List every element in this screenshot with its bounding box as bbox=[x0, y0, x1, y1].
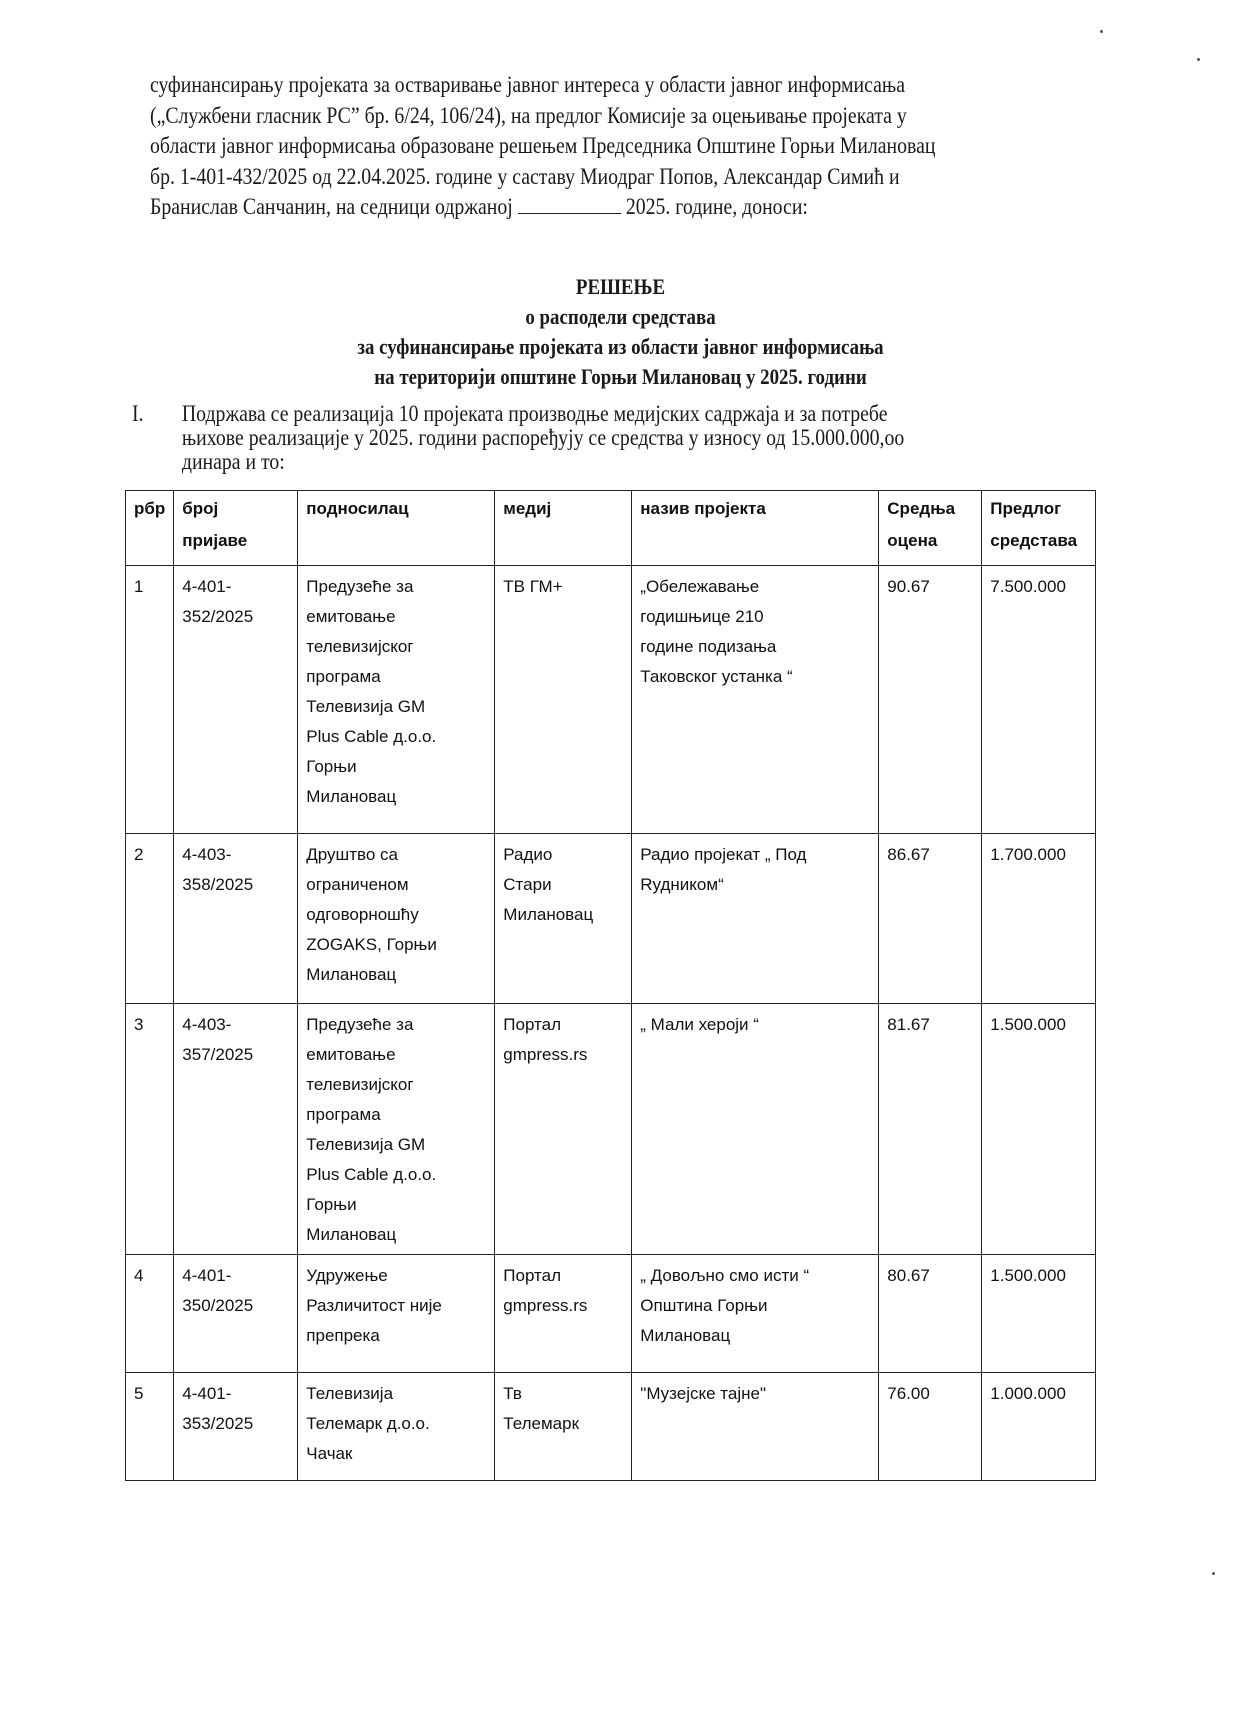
intro-line: области јавног информисања образоване ре… bbox=[150, 131, 1126, 162]
table-body: 14-401-352/2025Предузеће заемитовањетеле… bbox=[126, 566, 1096, 1481]
header-podnosilac: подносилац bbox=[298, 491, 495, 566]
document-page: суфинансирању пројеката за остваривање ј… bbox=[0, 0, 1241, 1722]
cell-podnosilac-line: Милановац bbox=[306, 960, 486, 990]
scan-speck bbox=[1212, 1572, 1215, 1575]
cell-podnosilac-line: Предузеће за bbox=[306, 572, 486, 602]
cell-broj-line: 4-403- bbox=[182, 840, 289, 870]
cell-naziv-line: „ Довољно смо исти “ bbox=[640, 1261, 870, 1291]
cell-medij-line: Стари bbox=[503, 870, 623, 900]
title-line: о расподели средстава bbox=[87, 302, 1154, 332]
cell-podnosilac: Предузеће заемитовањетелевизијскогпрогра… bbox=[298, 1004, 495, 1255]
cell-medij-line: gmpress.rs bbox=[503, 1291, 623, 1321]
cell-rbr: 3 bbox=[126, 1004, 174, 1255]
cell-naziv-line: „ Мали хероји “ bbox=[640, 1010, 870, 1040]
cell-broj-line: 350/2025 bbox=[182, 1291, 289, 1321]
cell-broj: 4-401-352/2025 bbox=[174, 566, 298, 834]
cell-medij-line: Милановац bbox=[503, 900, 623, 930]
cell-broj-line: 4-401- bbox=[182, 572, 289, 602]
header-broj: број пријаве bbox=[174, 491, 298, 566]
cell-sredstva: 1.500.000 bbox=[982, 1004, 1096, 1255]
intro-line: суфинансирању пројеката за остваривање ј… bbox=[150, 70, 1126, 101]
cell-ocena: 80.67 bbox=[879, 1255, 982, 1373]
cell-broj: 4-401-350/2025 bbox=[174, 1255, 298, 1373]
cell-podnosilac-line: емитовање bbox=[306, 602, 486, 632]
header-medij: медиј bbox=[495, 491, 632, 566]
cell-naziv: Радио пројекат „ ПодRудником“ bbox=[632, 834, 879, 1004]
cell-medij-line: Телемарк bbox=[503, 1409, 623, 1439]
cell-podnosilac-line: програма bbox=[306, 662, 486, 692]
cell-naziv: „Обележавањегодишњице 210године подизања… bbox=[632, 566, 879, 834]
date-blank-field bbox=[518, 195, 621, 214]
cell-podnosilac-line: програма bbox=[306, 1100, 486, 1130]
table-row: 54-401-353/2025ТелевизијаТелемарк д.о.о.… bbox=[126, 1373, 1096, 1481]
cell-sredstva: 1.500.000 bbox=[982, 1255, 1096, 1373]
cell-podnosilac-line: Милановац bbox=[306, 1220, 486, 1250]
cell-medij-line: Радио bbox=[503, 840, 623, 870]
table-row: 24-403-358/2025Друштво саограниченомодго… bbox=[126, 834, 1096, 1004]
header-text: Предлог bbox=[990, 493, 1087, 525]
cell-podnosilac: Предузеће заемитовањетелевизијскогпрогра… bbox=[298, 566, 495, 834]
cell-podnosilac-line: емитовање bbox=[306, 1040, 486, 1070]
cell-medij: ТВ ГМ+ bbox=[495, 566, 632, 834]
cell-broj-line: 358/2025 bbox=[182, 870, 289, 900]
cell-podnosilac-line: одговорношћу bbox=[306, 900, 486, 930]
intro-line: Бранислав Санчанин, на седници одржаној … bbox=[150, 192, 1126, 223]
cell-medij-line: Портал bbox=[503, 1010, 623, 1040]
cell-naziv-line: Радио пројекат „ Под bbox=[640, 840, 870, 870]
cell-medij-line: Тв bbox=[503, 1379, 623, 1409]
cell-rbr: 1 bbox=[126, 566, 174, 834]
cell-medij-line: gmpress.rs bbox=[503, 1040, 623, 1070]
section-text: Подржава се реализација 10 пројеката про… bbox=[182, 402, 1128, 474]
cell-podnosilac-line: Горњи bbox=[306, 1190, 486, 1220]
cell-podnosilac-line: Plus Cable д.о.о. bbox=[306, 722, 486, 752]
cell-podnosilac-line: Друштво са bbox=[306, 840, 486, 870]
cell-naziv-line: Милановац bbox=[640, 1321, 870, 1351]
cell-medij: РадиоСтариМилановац bbox=[495, 834, 632, 1004]
cell-medij: ТвТелемарк bbox=[495, 1373, 632, 1481]
cell-naziv-line: годишњице 210 bbox=[640, 602, 870, 632]
header-text: средстава bbox=[990, 525, 1087, 557]
cell-naziv-line: "Музејске тајне" bbox=[640, 1379, 870, 1409]
header-text: оцена bbox=[887, 525, 973, 557]
cell-podnosilac-line: Чачак bbox=[306, 1439, 486, 1469]
cell-naziv: „ Мали хероји “ bbox=[632, 1004, 879, 1255]
scan-speck bbox=[1100, 30, 1103, 33]
decision-title: РЕШЕЊЕ о расподели средстава за суфинанс… bbox=[0, 272, 1241, 392]
cell-podnosilac-line: Различитост није bbox=[306, 1291, 486, 1321]
cell-podnosilac: ТелевизијаТелемарк д.о.о.Чачак bbox=[298, 1373, 495, 1481]
section-line: њихове реализације у 2025. години распор… bbox=[182, 426, 1128, 450]
cell-podnosilac-line: Милановац bbox=[306, 782, 486, 812]
cell-rbr: 5 bbox=[126, 1373, 174, 1481]
cell-podnosilac-line: Телевизија bbox=[306, 1379, 486, 1409]
header-ocena: Средња оцена bbox=[879, 491, 982, 566]
intro-paragraph: суфинансирању пројеката за остваривање ј… bbox=[150, 70, 1126, 223]
cell-naziv-line: Таковског устанка “ bbox=[640, 662, 870, 692]
cell-ocena: 81.67 bbox=[879, 1004, 982, 1255]
title-line: на територији општине Горњи Милановац у … bbox=[87, 362, 1154, 392]
cell-podnosilac-line: Горњи bbox=[306, 752, 486, 782]
cell-medij-line: Портал bbox=[503, 1261, 623, 1291]
table-row: 14-401-352/2025Предузеће заемитовањетеле… bbox=[126, 566, 1096, 834]
cell-broj-line: 4-401- bbox=[182, 1261, 289, 1291]
cell-broj-line: 4-403- bbox=[182, 1010, 289, 1040]
header-text: пријаве bbox=[182, 525, 289, 557]
cell-podnosilac-line: Plus Cable д.о.о. bbox=[306, 1160, 486, 1190]
title-line: за суфинансирање пројеката из области ја… bbox=[87, 332, 1154, 362]
cell-podnosilac-line: Телевизија GM bbox=[306, 1130, 486, 1160]
cell-podnosilac-line: ZOGAKS, Горњи bbox=[306, 930, 486, 960]
table-row: 44-401-350/2025УдружењеРазличитост нијеп… bbox=[126, 1255, 1096, 1373]
intro-line: бр. 1-401-432/2025 од 22.04.2025. године… bbox=[150, 162, 1126, 193]
cell-podnosilac-line: Предузеће за bbox=[306, 1010, 486, 1040]
cell-naziv-line: године подизања bbox=[640, 632, 870, 662]
cell-naziv: "Музејске тајне" bbox=[632, 1373, 879, 1481]
intro-line-text: Бранислав Санчанин, на седници одржаној bbox=[150, 194, 513, 219]
cell-podnosilac: УдружењеРазличитост нијепрепрека bbox=[298, 1255, 495, 1373]
cell-podnosilac-line: Телемарк д.о.о. bbox=[306, 1409, 486, 1439]
header-naziv: назив пројекта bbox=[632, 491, 879, 566]
cell-broj: 4-403-358/2025 bbox=[174, 834, 298, 1004]
header-text: Средња bbox=[887, 493, 973, 525]
section-line: динара и то: bbox=[182, 450, 1128, 474]
cell-rbr: 2 bbox=[126, 834, 174, 1004]
cell-medij: Порталgmpress.rs bbox=[495, 1255, 632, 1373]
cell-naziv-line: „Обележавање bbox=[640, 572, 870, 602]
header-sredstva: Предлог средстава bbox=[982, 491, 1096, 566]
cell-naziv: „ Довољно смо исти “Општина ГорњиМиланов… bbox=[632, 1255, 879, 1373]
cell-podnosilac-line: Телевизија GM bbox=[306, 692, 486, 722]
header-rbr: рбр bbox=[126, 491, 174, 566]
cell-broj: 4-403-357/2025 bbox=[174, 1004, 298, 1255]
cell-medij-line: ТВ ГМ+ bbox=[503, 572, 623, 602]
cell-ocena: 86.67 bbox=[879, 834, 982, 1004]
cell-broj: 4-401-353/2025 bbox=[174, 1373, 298, 1481]
scan-speck bbox=[1197, 58, 1200, 61]
cell-ocena: 90.67 bbox=[879, 566, 982, 834]
cell-broj-line: 357/2025 bbox=[182, 1040, 289, 1070]
cell-podnosilac-line: телевизијског bbox=[306, 632, 486, 662]
cell-sredstva: 1.000.000 bbox=[982, 1373, 1096, 1481]
cell-sredstva: 1.700.000 bbox=[982, 834, 1096, 1004]
cell-medij: Порталgmpress.rs bbox=[495, 1004, 632, 1255]
intro-line-text: 2025. године, доноси: bbox=[626, 194, 808, 219]
title-heading: РЕШЕЊЕ bbox=[87, 272, 1154, 302]
cell-broj-line: 352/2025 bbox=[182, 602, 289, 632]
allocation-table: рбр број пријаве подносилац медиј назив … bbox=[125, 490, 1096, 1481]
cell-broj-line: 353/2025 bbox=[182, 1409, 289, 1439]
cell-ocena: 76.00 bbox=[879, 1373, 982, 1481]
cell-naziv-line: Општина Горњи bbox=[640, 1291, 870, 1321]
section-number: I. bbox=[132, 402, 144, 426]
cell-podnosilac-line: ограниченом bbox=[306, 870, 486, 900]
cell-podnosilac: Друштво саограниченомодговорношћуZOGAKS,… bbox=[298, 834, 495, 1004]
cell-podnosilac-line: препрека bbox=[306, 1321, 486, 1351]
cell-naziv-line: Rудником“ bbox=[640, 870, 870, 900]
table-row: 34-403-357/2025Предузеће заемитовањетеле… bbox=[126, 1004, 1096, 1255]
cell-rbr: 4 bbox=[126, 1255, 174, 1373]
section-line: Подржава се реализација 10 пројеката про… bbox=[182, 402, 1128, 426]
cell-podnosilac-line: телевизијског bbox=[306, 1070, 486, 1100]
header-text: број bbox=[182, 493, 289, 525]
table-header-row: рбр број пријаве подносилац медиј назив … bbox=[126, 491, 1096, 566]
intro-line: („Службени гласник РС” бр. 6/24, 106/24)… bbox=[150, 101, 1126, 132]
cell-podnosilac-line: Удружење bbox=[306, 1261, 486, 1291]
cell-broj-line: 4-401- bbox=[182, 1379, 289, 1409]
cell-sredstva: 7.500.000 bbox=[982, 566, 1096, 834]
